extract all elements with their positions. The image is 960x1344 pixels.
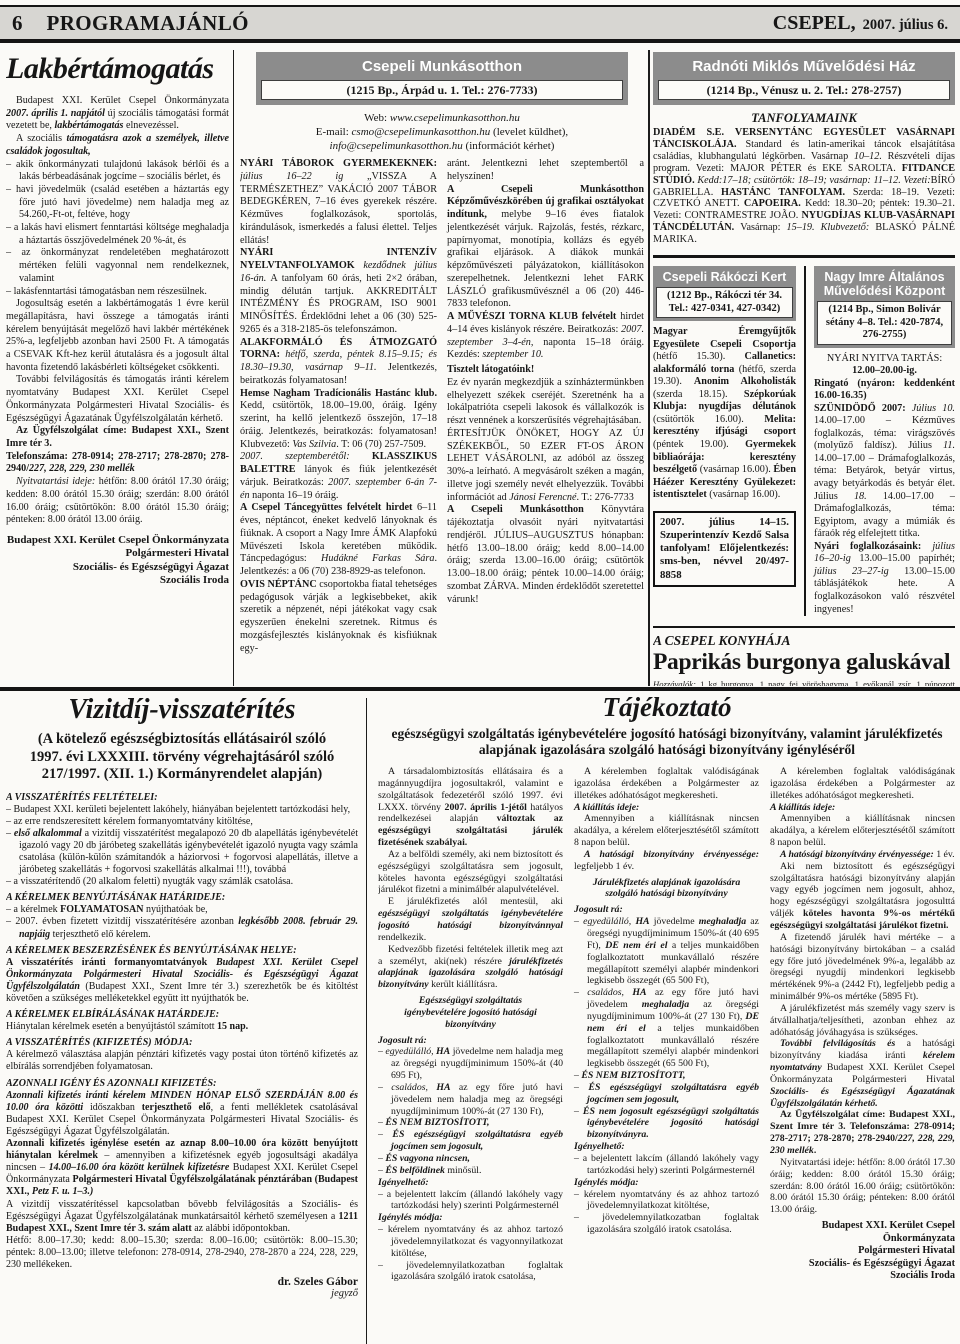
- three-column-body: A társadalombiztosítás ellátásaira és a …: [378, 766, 956, 1283]
- signature-role: jegyző: [6, 1288, 358, 1299]
- article-title: Tájékoztató: [378, 692, 956, 723]
- column-left: NYÁRI TÁBOROK GYERMEKEKNEK: július 16–22…: [240, 158, 437, 655]
- venue-address: (1212 Bp., Rákóczi tér 34. Tel.: 427-034…: [656, 287, 793, 318]
- paragraph: A járulékfizetést más személy vagy szerv…: [770, 1003, 955, 1039]
- email-line: E-mail: csmo@csepelimunkasotthon.hu (lev…: [240, 125, 644, 139]
- sub-heading: A KÉRELMEK BESZERZÉSÉNEK ÉS BENYÚJTÁSÁNA…: [6, 945, 358, 957]
- recipe-body: Hozzávalók: 1 kg burgonya, 1 nagy fej vö…: [653, 679, 955, 686]
- venue-header-box: Csepeli Munkásotthon (1215 Bp., Árpád u.…: [256, 52, 628, 105]
- column-1: A társadalombiztosítás ellátásaira és a …: [378, 766, 563, 1283]
- bullet-item: – jövedelemnyilatkozatban foglaltak igaz…: [378, 1260, 563, 1284]
- signature-line: Szociális Iroda: [6, 574, 229, 588]
- paragraph: Ez év nyarán megkezdjük a színháztermünk…: [447, 377, 644, 428]
- signature-line: Szociális Iroda: [770, 1270, 955, 1283]
- sub-heading: A kiállítás ideje:: [770, 802, 955, 814]
- column-divider: [648, 50, 650, 686]
- venue-body: NYÁRI NYITVA TARTÁS: 12.00–20.00-ig. Rin…: [814, 353, 955, 616]
- paragraph: E járulékfizetés alól mentesül, aki egés…: [378, 896, 563, 943]
- signature-name: dr. Szeles Gábor: [6, 1276, 358, 1288]
- signature-line: Polgármesteri Hivatal: [6, 547, 229, 561]
- bullet-item: – jövedelemnyilatkozatban foglaltak igaz…: [574, 1212, 759, 1236]
- certificate-heading: Egészségügyi szolgáltatás igénybevételér…: [388, 995, 553, 1031]
- column-divider: [233, 50, 234, 686]
- bullet-item: – 2007. évben fizetett vizitdíj visszaté…: [6, 916, 358, 940]
- signature-line: Szociális- és Egészségügyi Ágazat: [770, 1258, 955, 1271]
- bullet-item: – havi jövedelmük (család esetében a ház…: [6, 184, 229, 222]
- opening-hours: 12.00–20.00-ig.: [814, 365, 955, 378]
- sub-heading: A kiállítás ideje:: [574, 802, 759, 814]
- bullet-item: – Budapest XXI. kerületi bejelentett lak…: [6, 804, 358, 816]
- venue-address: (1214 Bp., Vénusz u. 2. Tel.: 278-2757): [658, 80, 950, 100]
- page-number: 6: [12, 11, 23, 36]
- bullet-item: – a lakás havi elismert fenntartási költ…: [6, 222, 229, 247]
- paragraph: Az a belföldi személy, aki nem biztosíto…: [378, 849, 563, 896]
- certificate-heading: Járulékfizetés alapjának igazolására szo…: [584, 877, 749, 901]
- article-tajekoztato: Tájékoztató egészségügyi szolgáltatás ig…: [378, 692, 956, 1344]
- paragraph: Hiánytalan kérelmek esetén a benyújtástó…: [6, 1021, 358, 1033]
- paragraph: A kérelmező választása alapján pénztári …: [6, 1049, 358, 1073]
- paragraph: Kedvezőbb fizetési feltételek illetik me…: [378, 944, 563, 991]
- venue-contact: Web: www.csepelimunkasotthon.hu E-mail: …: [240, 111, 644, 153]
- website-line: Web: www.csepelimunkasotthon.hu: [240, 111, 644, 125]
- paragraph: A kérelemben foglaltak valódiságának iga…: [770, 766, 955, 802]
- paragraph: A MŰVÉSZI TORNA KLUB felvételt hirdet 4–…: [447, 311, 644, 362]
- paragraph: Nyitvatartási ideje: hétfőn: 8.00 órától…: [770, 1157, 955, 1216]
- signature-line: Budapest XXI. Kerület Csepel Önkormányza…: [6, 534, 229, 548]
- bullet-item: – akik önkormányzati tulajdonú lakások b…: [6, 159, 229, 184]
- bullet-item: – első alkalommal a vizitdíj visszatérít…: [6, 828, 358, 876]
- signature-line: Budapest XXI. Kerület Csepel Önkormányza…: [770, 1220, 955, 1245]
- venue-address: (1215 Bp., Árpád u. 1. Tel.: 276-7733): [261, 80, 623, 100]
- two-column-body: NYÁRI TÁBOROK GYERMEKEKNEK: július 16–22…: [240, 158, 644, 655]
- recipe-section: A CSEPEL KONYHÁJA Paprikás burgonya galu…: [653, 626, 955, 686]
- section-radnoti: Radnóti Miklós Művelődési Ház (1214 Bp.,…: [653, 52, 955, 686]
- paragraph: Hemse Nagham Tradícionális Hastánc klub.…: [240, 388, 437, 452]
- section-munkasotthon: Csepeli Munkásotthon (1215 Bp., Árpád u.…: [240, 52, 644, 686]
- paragraph: Azonnali kifizetés iránti kérelem MINDEN…: [6, 1090, 358, 1138]
- venue-rakoczi-kert: Csepeli Rákóczi Kert (1212 Bp., Rákóczi …: [653, 266, 804, 616]
- venue-header-box: Csepeli Rákóczi Kert (1212 Bp., Rákóczi …: [653, 266, 796, 321]
- paragraph: Hétfő: 8.00–17.30; kedd: 8.00–15.30; sze…: [6, 1235, 358, 1271]
- paragraph: A Csepeli Munkásotthon Könyvtára tájékoz…: [447, 504, 644, 606]
- article-vizitdij: Vizitdíj-visszatérítés (A kötelező egész…: [6, 694, 358, 1344]
- bullet-item: – ÉS vagyona nincsen,: [378, 1153, 563, 1165]
- signature-block: dr. Szeles Gábor jegyző: [6, 1276, 358, 1299]
- column-divider: [366, 698, 367, 1344]
- issue-date: 2007. július 6.: [863, 17, 948, 34]
- sub-heading: AZONNALI IGÉNY ÉS AZONNALI KIFIZETÉS:: [6, 1078, 358, 1090]
- sub-heading: A VISSZATÉRÍTÉS FELTÉTELEI:: [6, 792, 358, 804]
- paragraph: NYÁRI TÁBOROK GYERMEKEKNEK: július 16–22…: [240, 158, 437, 247]
- bullet-item: – kérelem nyomtatvány és az ahhoz tartoz…: [574, 1189, 759, 1213]
- section-title: PROGRAMAJÁNLÓ: [47, 11, 249, 36]
- sub-heading: Igénylés módja:: [574, 1177, 759, 1189]
- bullet-item: – a visszatérítendő (20 alkalom feletti)…: [6, 876, 358, 888]
- sub-heading: A VISSZATÉRÍTÉS (KIFIZETÉS) MÓDJA:: [6, 1037, 358, 1049]
- article-subtitle: (A kötelező egészségbiztosítás ellátásai…: [20, 731, 344, 784]
- paragraph: aránt. Jelentkezni lehet szeptembertől a…: [447, 158, 644, 184]
- bullet-item: – egyedülálló, HA jövedelme meghaladja a…: [574, 916, 759, 987]
- article-subtitle: egészségügyi szolgáltatás igénybevételér…: [382, 726, 952, 758]
- venue-nagy-imre-amk: Nagy Imre Általános Művelődési Központ (…: [804, 266, 955, 616]
- signature-block: Budapest XXI. Kerület Csepel Önkormányza…: [6, 534, 229, 588]
- recipe-kicker: A CSEPEL KONYHÁJA: [653, 633, 955, 649]
- paragraph: A visszatérítés iránti formanyomtatványo…: [6, 957, 358, 1005]
- venue-header-box: Radnóti Miklós Művelődési Ház (1214 Bp.,…: [653, 52, 955, 105]
- paragraph: A Csepel Táncegyüttes felvételt hirdet 6…: [240, 502, 437, 579]
- sub-heading: Igénylés módja:: [378, 1212, 563, 1224]
- article-title: Vizitdíj-visszatérítés: [6, 694, 358, 726]
- sub-heading: A KÉRELMEK BENYÚJTÁSÁNAK HATÁRIDEJE:: [6, 892, 358, 904]
- venue-header-box: Nagy Imre Általános Művelődési Központ (…: [814, 266, 955, 348]
- paragraph: A kérelemben foglaltak valódiságának iga…: [574, 766, 759, 802]
- paragraph: Ringató (nyáron: keddenként 16.00-16.35): [814, 378, 955, 403]
- paragraph: A szociális támogatásra azok a személyek…: [6, 133, 229, 158]
- paragraph: ALAKFORMÁLÓ ÉS ÁTMOZGATÓ TORNA: hétfő, s…: [240, 337, 437, 388]
- bullet-item: – ÉS egészségügyi szolgáltatásra egyéb j…: [378, 1129, 563, 1153]
- bullet-item: – ÉS NEM BIZTOSÍTOTT,: [574, 1070, 759, 1082]
- sub-heading: Jogosult rá:: [378, 1035, 563, 1047]
- paragraph: További felvilágosítás és támogatás irán…: [6, 374, 229, 425]
- paragraph: A hatósági bizonyítvány érvényessége: le…: [574, 849, 759, 873]
- sub-heading: Igényelhető:: [378, 1177, 563, 1189]
- bullet-item: – egyedülálló, HA jövedelme nem haladja …: [378, 1046, 563, 1082]
- salsa-notice-box: 2007. július 14–15. Szuperintenzív Kezdő…: [653, 511, 796, 587]
- paragraph: Amennyiben a kiállításnak nincsen akadál…: [770, 813, 955, 849]
- sub-heading: Igényelhető:: [574, 1141, 759, 1153]
- sub-venues: Csepeli Rákóczi Kert (1212 Bp., Rákóczi …: [653, 255, 955, 616]
- venue-name: Radnóti Miklós Művelődési Ház: [658, 56, 950, 80]
- signature-line: Polgármesteri Hivatal: [770, 1245, 955, 1258]
- sub-heading: Jogosult rá:: [574, 904, 759, 916]
- article-body: Budapest XXI. Kerület Csepel Önkormányza…: [6, 95, 229, 588]
- paragraph: A vizitdíj visszatérítéssel kapcsolatban…: [6, 1199, 358, 1235]
- bullet-item: – ÉS nem jogosult egészségügyi szolgálta…: [574, 1106, 759, 1142]
- courses-heading: TANFOLYAMAINK: [653, 111, 955, 126]
- bullet-item: – ÉS NEM BIZTOSÍTOTT,: [378, 1117, 563, 1129]
- email-line: info@csepelimunkasotthon.hu (információt…: [240, 139, 644, 153]
- newspaper-page: 6 PROGRAMAJÁNLÓ CSEPEL, 2007. július 6. …: [0, 0, 960, 1344]
- bullet-item: – az önkormányzat rendeletében meghatáro…: [6, 247, 229, 285]
- bullet-item: – kérelem nyomtatvány és az ahhoz tartoz…: [378, 1224, 563, 1260]
- venue-address: (1214 Bp., Simon Bolivár sétány 4–8. Tel…: [817, 301, 952, 345]
- column-2: A kérelemben foglaltak valódiságának iga…: [574, 766, 759, 1283]
- venue-name: Csepeli Rákóczi Kert: [656, 269, 793, 287]
- bullet-item: – családos, HA az egy főre jutó havi jöv…: [378, 1082, 563, 1118]
- paragraph: 2007. szeptemberétől: KLASSZIKUS BALETTR…: [240, 451, 437, 502]
- paragraph: Telefonszáma: 278-0914; 278-2717; 278-28…: [6, 451, 229, 476]
- venue-name: Csepeli Munkásotthon: [261, 56, 623, 80]
- paragraph: A fizetendő járulék havi mértéke – a hat…: [770, 932, 955, 1003]
- paragraph: Azonnali kifizetés igénylése esetén az a…: [6, 1138, 358, 1198]
- paragraph: SZÜNIDÖDŐ 2007: Július 10. 14.00–17.00 –…: [814, 403, 955, 541]
- signature-line: Szociális- és Egészségügyi Ágazat: [6, 561, 229, 575]
- article-title: Lakbértámogatás: [6, 52, 229, 86]
- venue-name: Nagy Imre Általános Művelődési Központ: [817, 269, 952, 301]
- paragraph: Amennyiben a kiállításnak nincsen akadál…: [574, 813, 759, 849]
- bullet-item: – ÉS egészségügyi szolgáltatásra egyéb j…: [574, 1082, 759, 1106]
- courses-paragraph: DIADÉM S.E. VERSENYTÁNC EGYESÜLET VASÁRN…: [653, 127, 955, 246]
- bullet-item: – az erre rendszeresített kérelem forman…: [6, 816, 358, 828]
- bullet-item: – a kérelmek FOLYAMATOSAN nyújthatóak be…: [6, 904, 358, 916]
- bullet-item: – családos, HA az egy főre jutó havi jöv…: [574, 987, 759, 1070]
- clubs-paragraph: Magyar Éremgyűjtők Egyesülete Csepeli Cs…: [653, 326, 796, 502]
- paragraph: A hatósági bizonyítvány érvényessége: 1 …: [770, 849, 955, 861]
- bullet-item: – a bejelentett lakcím (állandó lakóhely…: [574, 1153, 759, 1177]
- section-divider: [0, 687, 960, 691]
- bullet-item: – a bejelentett lakcím (állandó lakóhely…: [378, 1189, 563, 1213]
- paragraph: OVIS NÉPTÁNC csoportokba fiatal tehetség…: [240, 579, 437, 656]
- bullet-item: – ÉS belföldinek minősül.: [378, 1165, 563, 1177]
- masthead: 6 PROGRAMAJÁNLÓ CSEPEL, 2007. július 6.: [0, 5, 960, 43]
- article-lakbertamogatas: Lakbértámogatás Budapest XXI. Kerület Cs…: [6, 52, 229, 686]
- paper-name: CSEPEL,: [773, 12, 856, 35]
- paragraph: További felvilágosítás és a hatósági biz…: [770, 1038, 955, 1109]
- column-right: aránt. Jelentkezni lehet szeptembertől a…: [447, 158, 644, 655]
- paragraph: Az Ügyfélszolgálat címe: Budapest XXI., …: [770, 1109, 955, 1156]
- masthead-right: CSEPEL, 2007. július 6.: [773, 12, 948, 35]
- column-3: A kérelemben foglaltak valódiságának iga…: [770, 766, 955, 1283]
- paragraph: Nyitvatartási ideje: hétfőn: 8.00 órától…: [6, 476, 229, 527]
- article-body: A VISSZATÉRÍTÉS FELTÉTELEI: – Budapest X…: [6, 792, 358, 1300]
- paragraph: Aki nem biztosított és egészségügyi szol…: [770, 861, 955, 932]
- paragraph: NYÁRI INTENZÍV NYELVTANFOLYAMOK kezdődne…: [240, 247, 437, 336]
- paragraph: ÉRTESÍTJÜK ÖNÖKET, HOGY AZ ÚJ SZÉKEKBŐL,…: [447, 428, 644, 505]
- opening-label: NYÁRI NYITVA TARTÁS:: [814, 353, 955, 366]
- paragraph: Az Ügyfélszolgálat címe: Budapest XXI., …: [6, 425, 229, 450]
- bullet-item: – lakásfenntartási támogatásban nem rész…: [6, 286, 229, 299]
- paragraph: Jogosultság esetén a lakbértámogatás 1 é…: [6, 298, 229, 374]
- masthead-left: 6 PROGRAMAJÁNLÓ: [12, 11, 249, 36]
- sub-heading: A KÉRELMEK ELBÍRÁLÁSÁNAK HATÁRDEJE:: [6, 1009, 358, 1021]
- paragraph: A társadalombiztosítás ellátásaira és a …: [378, 766, 563, 849]
- paragraph: Budapest XXI. Kerület Csepel Önkormányza…: [6, 95, 229, 133]
- signature-block: Budapest XXI. Kerület Csepel Önkormányza…: [770, 1220, 955, 1283]
- paragraph: A Csepeli Munkásotthon Képzőművészkörébe…: [447, 184, 644, 312]
- recipe-title: Paprikás burgonya galuskával: [653, 650, 955, 675]
- paragraph: Nyári foglalkozásaink: július 16–20-ig 1…: [814, 541, 955, 616]
- sub-heading: Tisztelt látogatóink!: [447, 364, 644, 377]
